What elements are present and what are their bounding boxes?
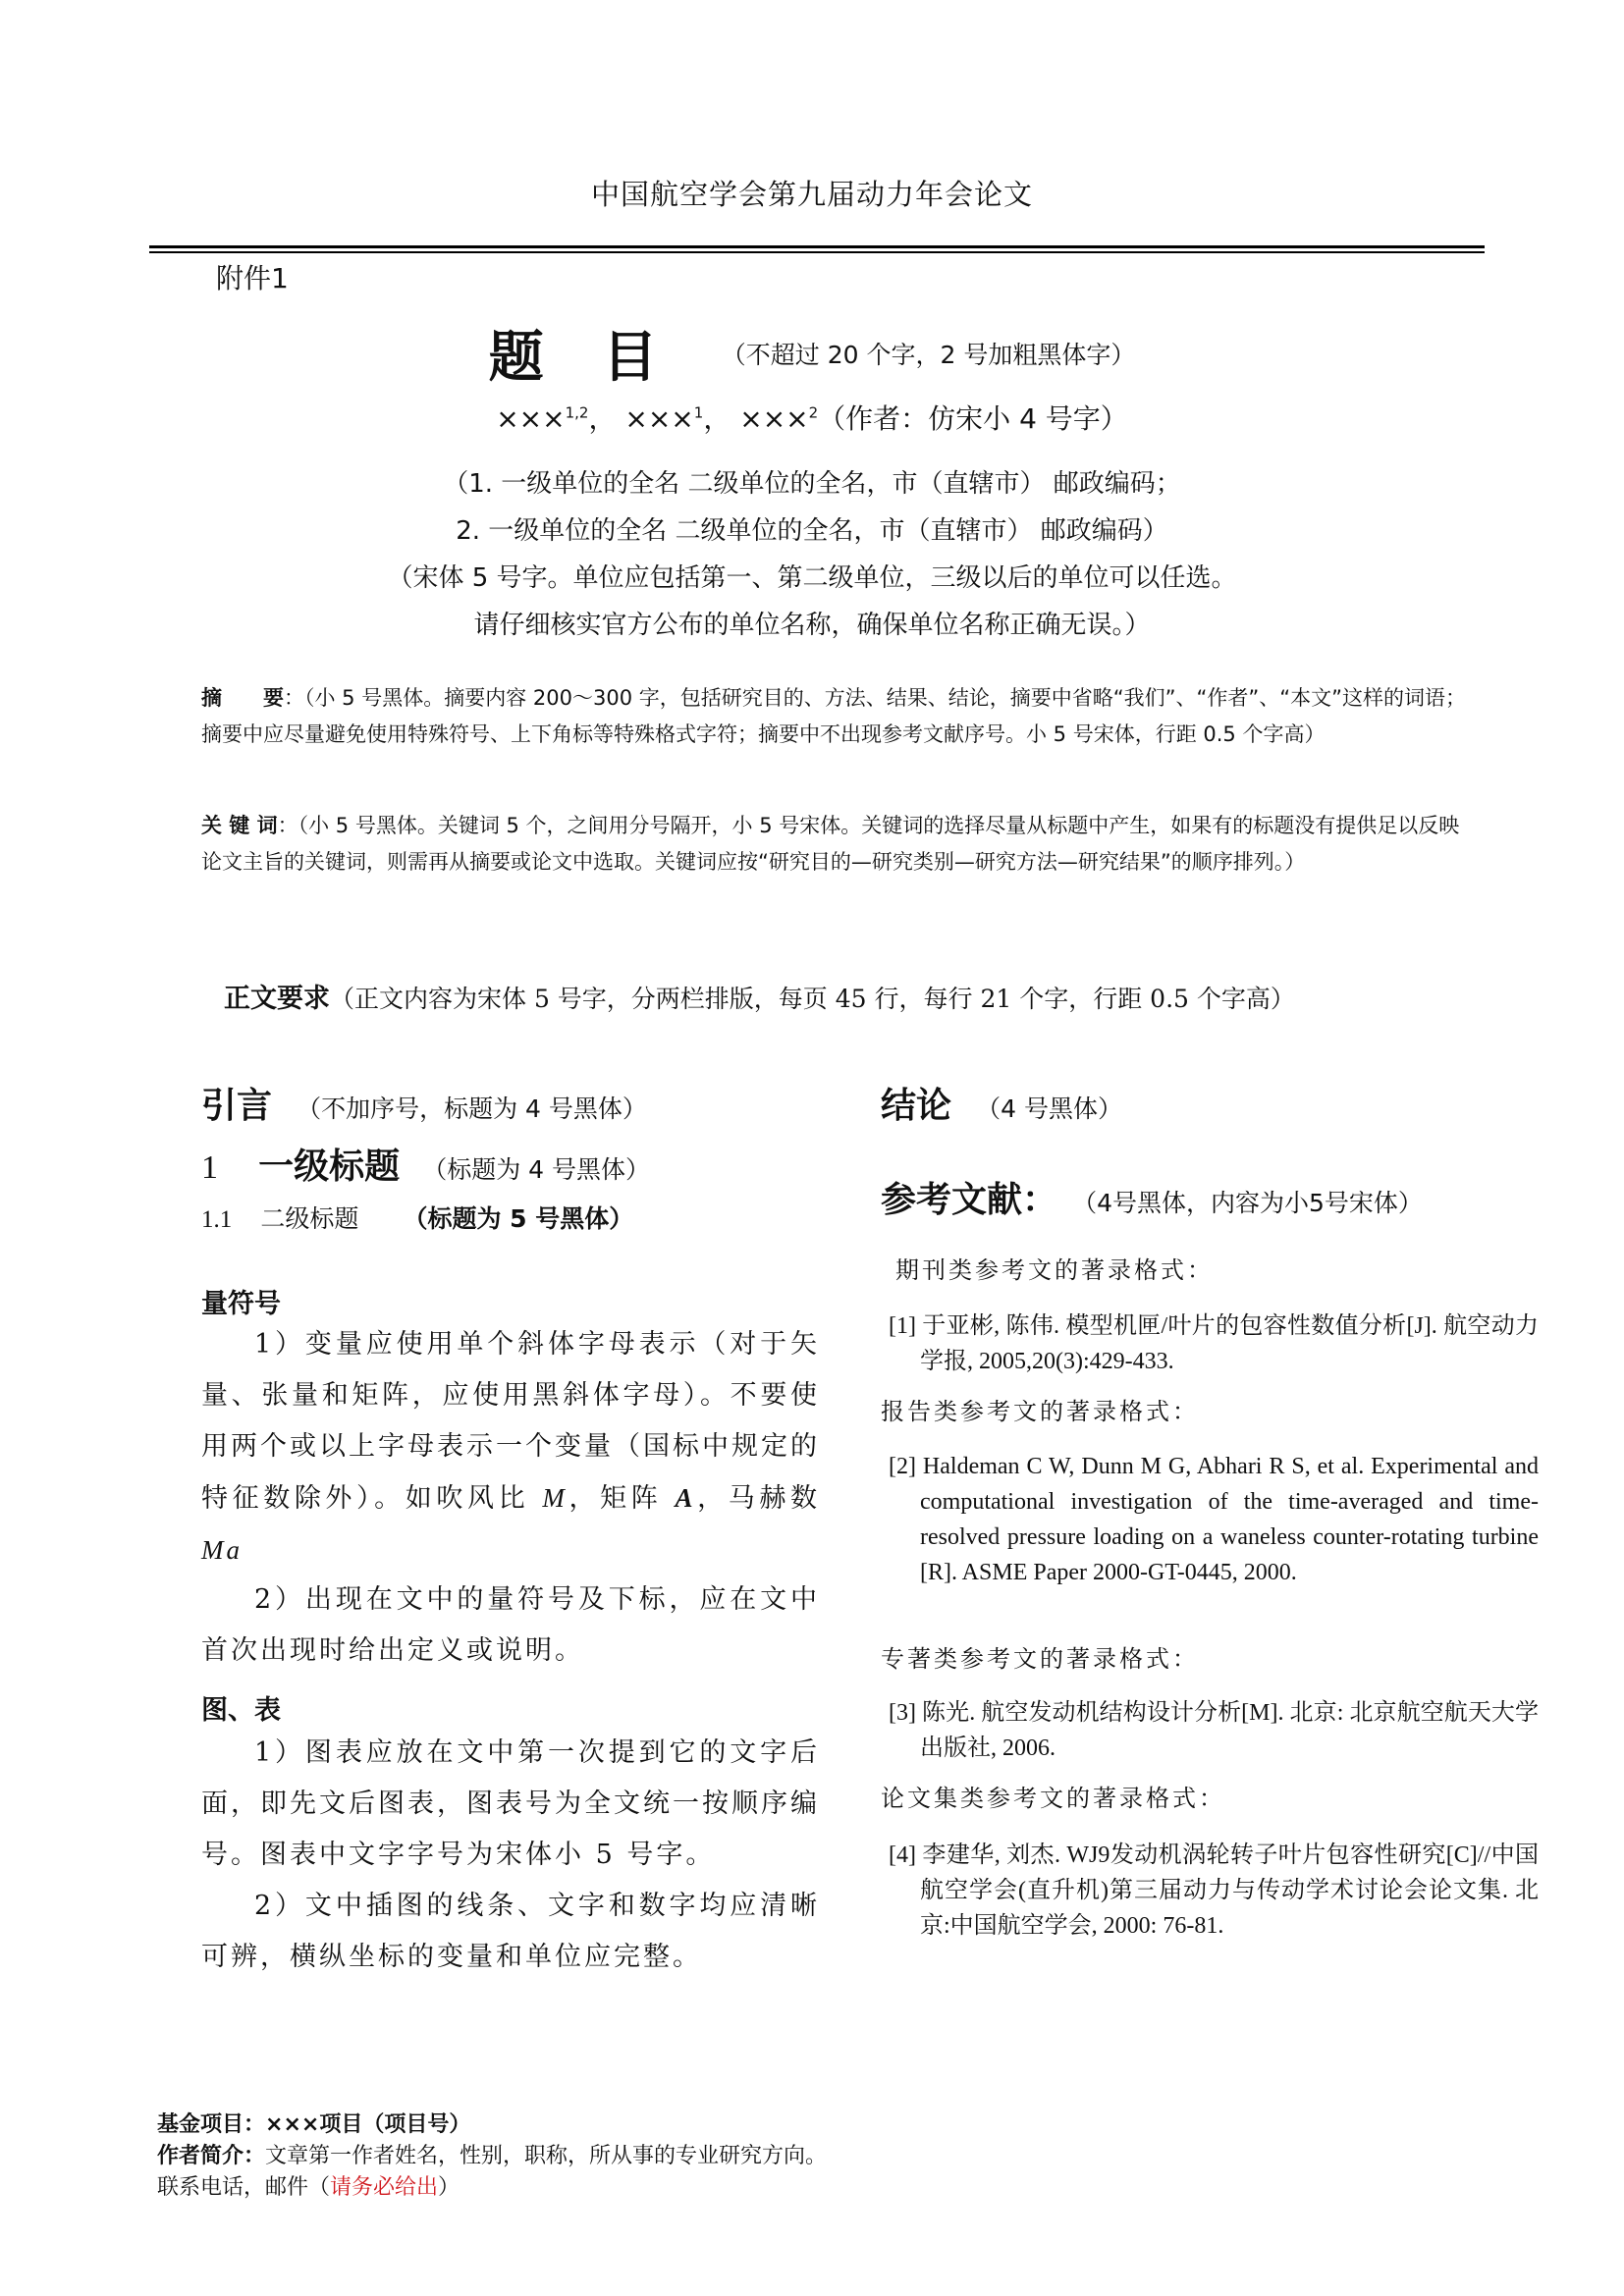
reference-1: [1] 于亚彬, 陈伟. 模型机匣/叶片的包容性数值分析[J]. 航空动力学报,… [881,1308,1539,1379]
keywords-colon: ： [278,814,298,837]
authors-note: （作者：仿宋小 4 号字） [818,402,1128,435]
intro-heading: 引言 [201,1086,272,1126]
level1-heading: 一级标题 [258,1147,400,1187]
abstract-label: 摘 要 [201,686,284,710]
conference-header: 中国航空学会第九届动力年会论文 [0,173,1624,213]
figures-paragraph-1: 1）图表应放在文中第一次提到它的文字后面，即先文后图表，图表号为全文统一按顺序编… [201,1728,820,1881]
affiliation-line-2: 2. 一级单位的全名 二级单位的全名，市（直辖市） 邮政编码） [0,510,1624,547]
var-A: A [676,1483,696,1513]
contact-required-note: 请务必给出 [330,2175,438,2200]
level2-heading-line: 1.1 二级标题 （标题为 5 号黑体） [201,1200,820,1235]
reference-2: [2] Haldeman C W, Dunn M G, Abhari R S, … [881,1449,1539,1590]
keywords-label: 关 键 词 [201,814,278,837]
contact-line: 联系电话，邮件（请务必给出） [157,2173,460,2203]
fund-line: 基金项目：×××项目（项目号） [157,2110,470,2140]
author-2: ××× [624,402,693,435]
bio-line: 作者简介：文章第一作者姓名，性别，职称，所从事的专业研究方向。 [157,2142,827,2171]
var-Ma: Ma [201,1535,243,1565]
symbols-heading: 量符号 [201,1282,820,1320]
figures-heading: 图、表 [201,1688,820,1727]
var-M: M [542,1483,568,1513]
contact-text: 联系电话，邮件（ [157,2175,330,2200]
affiliation-note-1: （宋体 5 号字。单位应包括第一、第二级单位，三级以后的单位可以任选。 [0,558,1624,594]
attachment-label: 附件1 [216,257,289,296]
fund-label: 基金项目： [157,2112,265,2137]
intro-note: （不加序号，标题为 4 号黑体） [297,1095,647,1123]
level2-heading: 二级标题 [260,1204,358,1233]
affiliation-line-1: （1. 一级单位的全名 二级单位的全名，市（直辖市） 邮政编码； [0,463,1624,500]
ref-category-journal: 期刊类参考文的著录格式： [895,1251,1514,1285]
symbols-p1-mid: ，矩阵 [568,1483,676,1514]
conclusion-heading: 结论 [881,1086,951,1126]
references-heading-line: 参考文献： （4号黑体，内容为小5号宋体） [881,1172,1499,1222]
author-separator: ， [588,402,616,435]
paper-title: 题目 [489,326,717,390]
fund-text: ×××项目（项目号） [265,2112,470,2137]
references-note: （4号黑体，内容为小5号宋体） [1072,1189,1423,1217]
conclusion-heading-line: 结论 （4 号黑体） [881,1078,1499,1128]
main-req-label: 正文要求 [224,984,330,1014]
reference-3: [3] 陈光. 航空发动机结构设计分析[M]. 北京: 北京航空航天大学出版社,… [881,1695,1539,1766]
reference-4: [4] 李建华, 刘杰. WJ9发动机涡轮转子叶片包容性研究[C]//中国航空学… [881,1838,1539,1944]
main-text-requirements: 正文要求（正文内容为宋体 5 号字，分两栏排版，每页 45 行，每行 21 个字… [224,977,1295,1015]
author-2-affil: 1 [694,404,704,422]
keywords-text: （小 5 号黑体。关键词 5 个，之间用分号隔开，小 5 号宋体。关键词的选择尽… [201,814,1459,874]
paper-title-note: （不超过 20 个字，2 号加粗黑体字） [722,341,1136,369]
level1-number: 1 [201,1149,218,1186]
author-separator: ， [703,402,731,435]
author-line: ×××1,2， ×××1， ×××2（作者：仿宋小 4 号字） [0,398,1624,437]
conclusion-note: （4 号黑体） [976,1095,1122,1123]
affiliation-note-2: 请仔细核实官方公布的单位名称，确保单位名称正确无误。） [0,605,1624,641]
ref-category-monograph: 专著类参考文的著录格式： [881,1639,1499,1674]
author-1: ××× [496,402,565,435]
level1-note: （标题为 4 号黑体） [422,1155,650,1184]
symbols-paragraph-1: 1）变量应使用单个斜体字母表示（对于矢量、张量和矩阵，应使用黑斜体字母）。不要使… [201,1319,820,1576]
intro-heading-line: 引言 （不加序号，标题为 4 号黑体） [201,1078,820,1128]
symbols-paragraph-2: 2）出现在文中的量符号及下标，应在文中首次出现时给出定义或说明。 [201,1575,820,1677]
level2-number: 1.1 [201,1206,232,1233]
paper-title-line: 题目 （不超过 20 个字，2 号加粗黑体字） [0,314,1624,393]
references-heading: 参考文献： [881,1180,1057,1220]
author-3: ××× [739,402,808,435]
figures-paragraph-2: 2）文中插图的线条、文字和数字均应清晰可辨，横纵坐标的变量和单位应完整。 [201,1881,820,1983]
level2-note: （标题为 5 号黑体） [403,1204,633,1233]
symbols-p1-after: ，马赫数 [696,1483,820,1514]
main-req-text: （正文内容为宋体 5 号字，分两栏排版，每页 45 行，每行 21 个字，行距 … [330,985,1295,1013]
author-1-affil: 1,2 [566,404,589,422]
abstract-block: 摘 要：（小 5 号黑体。摘要内容 200～300 字，包括研究目的、方法、结果… [201,680,1468,753]
author-3-affil: 2 [809,404,819,422]
bio-text: 文章第一作者姓名，性别，职称，所从事的专业研究方向。 [265,2144,827,2168]
level1-heading-line: 1 一级标题 （标题为 4 号黑体） [201,1139,820,1189]
abstract-text: （小 5 号黑体。摘要内容 200～300 字，包括研究目的、方法、结果、结论，… [201,686,1466,746]
keywords-block: 关 键 词：（小 5 号黑体。关键词 5 个，之间用分号隔开，小 5 号宋体。关… [201,808,1468,881]
ref-category-proceedings: 论文集类参考文的著录格式： [881,1779,1499,1813]
bio-label: 作者简介： [157,2144,265,2168]
header-rule-bottom [149,251,1485,253]
header-rule-top [149,245,1485,248]
abstract-colon: ： [284,686,304,710]
contact-close: ） [438,2175,460,2200]
ref-category-report: 报告类参考文的著录格式： [881,1392,1499,1426]
